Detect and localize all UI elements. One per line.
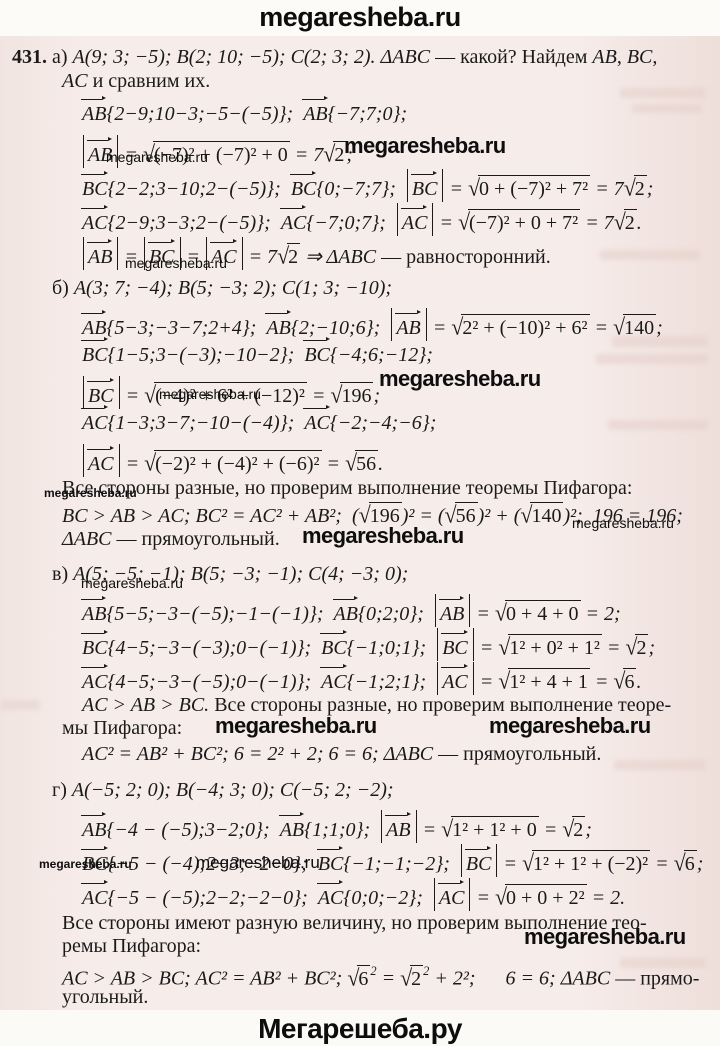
solution-line: BC > AB > AC; BC² = AC² + AB²; (√196)² =… (62, 500, 720, 528)
radical-sign: √ (347, 964, 359, 991)
solution-line: AC и сравним их. (62, 70, 720, 93)
vector-magnitude: AB (83, 135, 118, 168)
text-segment: {1−5;3−(−3);−10−2}; (108, 344, 305, 366)
text-segment: . (637, 212, 642, 234)
solution-line: AC > AB > BC. Все стороны разные, но про… (82, 694, 720, 717)
radicand: (−7)² + (−7)² + 0 (153, 141, 290, 168)
text-segment: {2−9;3−3;2−(−5)}; (108, 212, 281, 234)
radicand: 140 (623, 314, 656, 341)
radical-sign: √ (144, 449, 156, 476)
solution-line: AC = √(−2)² + (−4)² + (−6)² = √56. (82, 436, 720, 470)
vector-arrow-notation: AB (386, 819, 410, 841)
vector-arrow-notation: AB (440, 603, 464, 625)
solution-line: BC = √(−4)² + 6² + (−12)² = √196; (82, 368, 720, 402)
radical-expression: √(−2)² + (−4)² + (−6)² (144, 453, 321, 475)
text-segment: = 2; (581, 603, 621, 625)
text-segment: = (498, 853, 522, 875)
vector-arrow-notation: BC (291, 178, 317, 200)
vector-arrow-notation: AC (402, 212, 428, 234)
radical-expression: √140 (613, 317, 656, 339)
vector-arrow-notation: AB (82, 317, 106, 339)
radical-sign: √ (522, 849, 534, 876)
solution-line: AB{5−3;−3−7;2+4}; AB{2;−10;6}; AB = √2² … (82, 300, 720, 334)
radical-expression: √1² + 1² + (−2)² (522, 853, 650, 875)
text-segment: = (590, 317, 614, 339)
radical-expression: √1² + 1² + 0 (441, 819, 539, 841)
vector-arrow-notation: AB (82, 603, 106, 625)
radicand: 0 + (−7)² + 7² (478, 175, 590, 202)
radicand: 1² + 4 + 1 (508, 668, 590, 695)
vector-magnitude: BC (437, 628, 474, 661)
text-segment: A(9; 3; −5); B(2; 10; −5); C(2; 3; 2). Δ… (73, 46, 431, 68)
radical-expression: √1² + 4 + 1 (498, 671, 590, 693)
text-segment: + 2²; (429, 968, 475, 990)
vector-arrow-notation: AC (321, 671, 347, 693)
vector-arrow-notation: AC (211, 246, 237, 268)
radical-expression: √(−7)² + (−7)² + 0 (143, 144, 290, 166)
text-segment: мы Пифагора: (62, 717, 182, 739)
solution-line: AC > AB > BC; AC² = AB² + BC²; √62 = √22… (62, 958, 720, 986)
radical-expression: √6 (347, 968, 370, 990)
radical-expression: √2 (624, 178, 647, 200)
radical-sign: √ (330, 381, 342, 408)
text-segment: {−7;7;0}; (328, 103, 407, 125)
text-segment: — прямоугольный. (433, 743, 601, 765)
text-segment: ремы Пифагора: (62, 935, 201, 957)
text-segment: {1;1;0}; (304, 819, 380, 841)
radical-sign: √ (441, 815, 453, 842)
radical-expression: √56 (345, 453, 378, 475)
text-segment: ; (373, 385, 380, 407)
site-watermark-header: megaresheba.ru (0, 0, 720, 35)
vector-arrow-notation: AC (88, 453, 114, 475)
text-segment: {−1;−1;−2}; (343, 853, 459, 875)
text-segment: — прямоугольный. (112, 528, 280, 550)
radical-sign: √ (613, 667, 625, 694)
text-segment: = (471, 887, 495, 909)
radical-expression: √0 + (−7)² + 7² (468, 178, 590, 200)
radical-sign: √ (458, 208, 470, 235)
text-segment: {2−9;10−3;−5−(−5)}; (106, 103, 303, 125)
vector-magnitude: AB (381, 810, 416, 843)
text-segment: а) (52, 46, 73, 68)
vector-arrow-notation: AB (82, 103, 106, 125)
text-segment: угольный. (62, 986, 148, 1008)
vector-arrow-notation: AC (304, 412, 330, 434)
radical-sign: √ (345, 449, 357, 476)
solution-line: в) A(5; −5; −1); B(5; −3; −1); C(4; −3; … (52, 562, 720, 586)
text-segment: = (602, 637, 626, 659)
vector-arrow-notation: BC (88, 385, 114, 407)
text-segment: A(−5; 2; 0); B(−4; 3; 0); C(−5; 2; −2); (72, 779, 394, 801)
vector-arrow-notation: AC (82, 887, 108, 909)
text-segment: )² + ( (478, 505, 521, 527)
text-segment: = (307, 385, 331, 407)
vector-magnitude: AB (83, 237, 118, 270)
text-segment: {4−5;−3−(−3);0−(−1)}; (108, 637, 322, 659)
radicand: (−2)² + (−4)² + (−6)² (154, 450, 321, 477)
text-segment: = (119, 144, 143, 166)
vector-magnitude: BC (407, 169, 444, 202)
text-segment: {−1;2;1}; (347, 671, 436, 693)
text-segment: {−1;0;1}; (347, 637, 436, 659)
text-segment: {0;0;−2}; (343, 887, 432, 909)
text-segment: {2;−10;6}; (291, 317, 390, 339)
radical-expression: √2² + (−10)² + 6² (451, 317, 589, 339)
text-segment: {4−5;−3−(−5);0−(−1)}; (108, 671, 322, 693)
radicand: 1² + 1² + (−2)² (532, 850, 650, 877)
text-segment: = (377, 968, 401, 990)
radical-expression: √196 (330, 385, 373, 407)
text-segment: = (475, 637, 499, 659)
radical-expression: √2 (562, 819, 585, 841)
text-segment: = 7 (290, 144, 324, 166)
vector-arrow-notation: BC (412, 178, 438, 200)
vector-arrow-notation: AB (88, 144, 112, 166)
header-band: megaresheba.ru (0, 0, 720, 36)
text-segment: . (636, 671, 641, 693)
text-segment: AC² = AB² + BC²; 6 = 2² + 2; 6 = 6; ΔABC (82, 743, 433, 765)
text-segment: = (471, 603, 495, 625)
vector-arrow-notation: AC (82, 412, 108, 434)
exponent: 2 (370, 964, 376, 978)
radical-expression: √0 + 0 + 2² (495, 887, 587, 909)
text-segment: {1−3;3−7;−10−(−4)}; (108, 412, 305, 434)
vector-arrow-notation: AC (281, 212, 307, 234)
text-segment: ; (697, 853, 704, 875)
text-segment: {0;2;0}; (358, 603, 434, 625)
text-segment: Все стороны разные, но проверим выполнен… (62, 477, 632, 499)
vector-arrow-notation: AB (303, 103, 327, 125)
radical-sign: √ (520, 501, 532, 528)
exponent: 2 (423, 964, 429, 978)
radical-sign: √ (674, 849, 686, 876)
text-segment: = (182, 246, 206, 268)
radical-expression: √196 (359, 505, 402, 527)
text-segment: = (590, 671, 614, 693)
text-segment: {−2;−4;−6}; (330, 412, 436, 434)
radical-sign: √ (498, 667, 510, 694)
radicand: 1² + 0² + 1² (508, 634, 602, 661)
text-segment: ; (647, 178, 654, 200)
radical-expression: √56 (445, 505, 478, 527)
scanned-solution-page: megaresheba.ru 431. а) A(9; 3; −5); B(2;… (0, 0, 720, 1046)
vector-arrow-notation: AC (442, 671, 468, 693)
text-segment: и сравним их. (88, 70, 211, 92)
text-segment: ; (585, 819, 592, 841)
text-segment: {−5 − (−4);2−3;−2−0}; (108, 853, 318, 875)
radical-expression: √0 + 4 + 0 (495, 603, 581, 625)
text-segment: = 7 (590, 178, 624, 200)
vector-arrow-notation: AC (82, 671, 108, 693)
text-segment: = 7 (244, 246, 278, 268)
radical-expression: √2 (614, 212, 637, 234)
vector-arrow-notation: AC (82, 212, 108, 234)
radical-expression: √1² + 0² + 1² (498, 637, 602, 659)
text-segment: = (119, 246, 143, 268)
text-segment: = (121, 385, 145, 407)
radical-sign: √ (614, 208, 626, 235)
text-segment: ⇒ ΔABC (300, 246, 376, 268)
radical-sign: √ (359, 501, 371, 528)
solution-line: AC² = AB² + BC²; 6 = 2² + 2; 6 = 6; ΔABC… (82, 740, 720, 767)
solution-line: AB{2−9;10−3;−5−(−5)}; AB{−7;7;0}; (82, 93, 720, 127)
text-segment: = (121, 453, 145, 475)
vector-arrow-notation: BC (82, 853, 108, 875)
radicand: 1² + 1² + 0 (451, 816, 539, 843)
text-segment: , (617, 46, 627, 68)
text-segment: = (650, 853, 674, 875)
solution-line: AB = √(−7)² + (−7)² + 0 = 7√2; (82, 127, 720, 161)
radical-sign: √ (323, 140, 335, 167)
text-segment: ; (346, 144, 353, 166)
radical-sign: √ (144, 381, 156, 408)
text-segment: = (428, 317, 452, 339)
solution-line: г) A(−5; 2; 0); B(−4; 3; 0); C(−5; 2; −2… (52, 778, 720, 802)
text-segment: )² = ( (402, 505, 445, 527)
text-segment (476, 968, 506, 990)
text-segment: {5−3;−3−7;2+4}; (106, 317, 266, 339)
text-segment: — равносторонний. (376, 246, 551, 268)
radical-expression: √(−7)² + 0 + 7² (458, 212, 580, 234)
radicand: 0 + 0 + 2² (505, 884, 587, 911)
problem-number: 431. (12, 46, 52, 68)
vector-arrow-notation: BC (466, 853, 492, 875)
text-segment: — какой? Найдем (430, 46, 592, 68)
text-segment: = (444, 178, 468, 200)
vector-magnitude: BC (461, 844, 498, 877)
solution-line: мы Пифагора: (62, 717, 720, 740)
vector-magnitude: AC (397, 203, 434, 236)
vector-arrow-notation: AB (266, 317, 290, 339)
text-segment: )²; 196 = 196; (563, 505, 682, 527)
text-segment: , (652, 46, 657, 68)
radical-sign: √ (562, 815, 574, 842)
text-segment: {−7;0;7}; (306, 212, 395, 234)
radical-sign: √ (445, 501, 457, 528)
text-segment: {5−5;−3−(−5);−1−(−1)}; (106, 603, 333, 625)
text-segment: ΔABC (62, 528, 112, 550)
radical-expression: √6 (613, 671, 636, 693)
vector-magnitude: AC (83, 444, 120, 477)
radical-expression: √2 (400, 968, 423, 990)
text-segment: = 7 (580, 212, 614, 234)
text-segment: . (378, 453, 383, 475)
vector-arrow-notation: BC (304, 344, 330, 366)
text-segment: г) (52, 779, 72, 801)
text-segment: = (539, 819, 563, 841)
solution-line: AB{5−5;−3−(−5);−1−(−1)}; AB{0;2;0}; AB =… (82, 586, 720, 620)
solution-line: ремы Пифагора: (62, 935, 720, 958)
text-segment: = (322, 453, 346, 475)
text-segment: BC (627, 46, 653, 68)
text-segment: Все стороны разные, но проверим выполнен… (209, 694, 671, 716)
radical-sign: √ (400, 964, 412, 991)
radicand: 140 (530, 502, 563, 529)
vector-arrow-notation: AB (396, 317, 420, 339)
text-segment: = 2. (587, 887, 626, 909)
vector-arrow-notation: BC (149, 246, 175, 268)
text-segment: {−5 − (−5);2−2;−2−0}; (108, 887, 318, 909)
text-segment: = (434, 212, 458, 234)
text-segment: A(5; −5; −1); B(5; −3; −1); C(4; −3; 0); (73, 563, 408, 585)
text-segment: — прямо- (610, 968, 699, 990)
text-segment: б) (52, 277, 74, 299)
radical-sign: √ (624, 174, 636, 201)
radical-sign: √ (495, 599, 507, 626)
vector-magnitude: BC (144, 237, 181, 270)
radicand: (−7)² + 0 + 7² (468, 209, 580, 236)
vector-arrow-notation: BC (82, 344, 108, 366)
solution-lines: 431. а) A(9; 3; −5); B(2; 10; −5); C(2; … (0, 36, 720, 1018)
vector-magnitude: AB (435, 594, 470, 627)
radical-sign: √ (451, 313, 463, 340)
vector-arrow-notation: AC (439, 887, 465, 909)
radical-sign: √ (143, 140, 155, 167)
radical-sign: √ (277, 242, 289, 269)
solution-line: 431. а) A(9; 3; −5); B(2; 10; −5); C(2; … (12, 44, 720, 70)
text-segment: {0;−7;7}; (316, 178, 405, 200)
radicand: (−4)² + 6² + (−12)² (154, 382, 307, 409)
vector-arrow-notation: AC (318, 887, 344, 909)
vector-arrow-notation: AB (82, 819, 106, 841)
solution-line: ΔABC — прямоугольный. (62, 528, 720, 551)
vector-arrow-notation: BC (442, 637, 468, 659)
vector-arrow-notation: BC (82, 637, 108, 659)
radicand: 196 (340, 382, 373, 409)
text-segment: A(3; 7; −4); B(5; −3; 2); C(1; 3; −10); (74, 277, 392, 299)
radicand: 196 (369, 502, 402, 529)
radical-sign: √ (468, 174, 480, 201)
vector-magnitude: BC (83, 376, 120, 409)
radical-expression: √6 (674, 853, 697, 875)
radical-expression: √140 (520, 505, 563, 527)
vector-magnitude: AC (434, 878, 471, 911)
radical-sign: √ (613, 313, 625, 340)
text-segment: ; (648, 637, 655, 659)
solution-line: б) A(3; 7; −4); B(5; −3; 2); C(1; 3; −10… (52, 276, 720, 300)
text-segment: ; (656, 317, 663, 339)
text-segment: AC > AB > BC. (82, 694, 209, 716)
text-segment: = (475, 671, 499, 693)
site-brand-footer: Мегарешеба.ру (0, 1010, 720, 1046)
vector-arrow-notation: BC (82, 178, 108, 200)
vector-arrow-notation: AB (334, 603, 358, 625)
vector-magnitude: AC (206, 237, 243, 270)
text-segment: Все стороны имеют разную величину, но пр… (62, 912, 647, 934)
vector-magnitude: AC (437, 662, 474, 695)
text-segment: AB (592, 46, 616, 68)
text-segment: AC (62, 70, 88, 92)
solution-line: AB{−4 − (−5);3−2;0}; AB{1;1;0}; AB = √1²… (82, 802, 720, 836)
radicand: 56 (355, 450, 378, 477)
radicand: 0 + 4 + 0 (505, 600, 581, 627)
text-segment: {2−2;3−10;2−(−5)}; (108, 178, 291, 200)
footer-band: Мегарешеба.ру (0, 1010, 720, 1046)
radical-expression: √(−4)² + 6² + (−12)² (144, 385, 307, 407)
radical-expression: √2 (323, 144, 346, 166)
vector-arrow-notation: AB (280, 819, 304, 841)
solution-line: Все стороны разные, но проверим выполнен… (62, 477, 720, 500)
vector-arrow-notation: BC (321, 637, 347, 659)
solution-line: Все стороны имеют разную величину, но пр… (62, 912, 720, 935)
vector-arrow-notation: BC (318, 853, 344, 875)
vector-arrow-notation: AB (88, 246, 112, 268)
text-segment: 6 = 6; ΔABC (506, 968, 611, 990)
radicand: 56 (455, 502, 478, 529)
text-segment: {−4;6;−12}; (330, 344, 433, 366)
text-segment: = (418, 819, 442, 841)
radical-expression: √2 (277, 246, 300, 268)
radical-sign: √ (495, 883, 507, 910)
text-segment: BC > AB > AC; BC² = AC² + AB²; ( (62, 505, 359, 527)
radical-expression: √2 (625, 637, 648, 659)
radical-sign: √ (625, 633, 637, 660)
radical-sign: √ (498, 633, 510, 660)
vector-magnitude: AB (391, 308, 426, 341)
text-segment: в) (52, 563, 73, 585)
text-segment: {−4 − (−5);3−2;0}; (106, 819, 279, 841)
radicand: 2² + (−10)² + 6² (461, 314, 589, 341)
